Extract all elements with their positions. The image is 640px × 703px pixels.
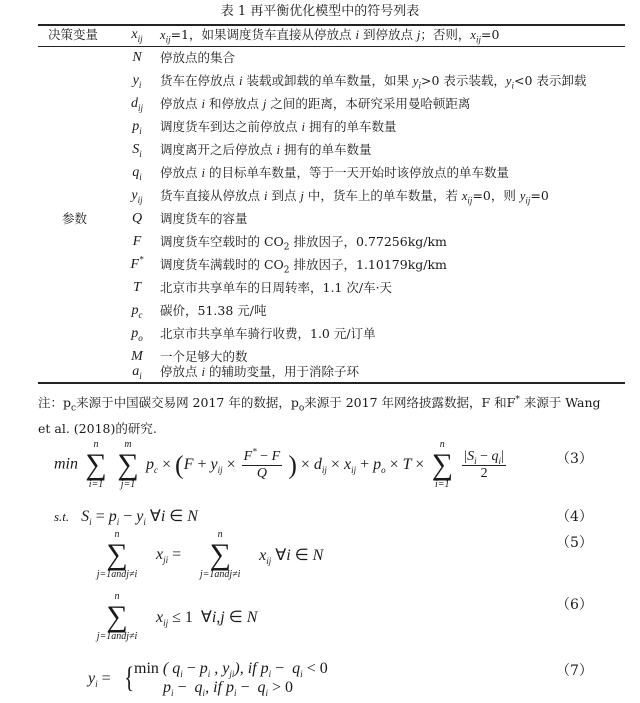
param-row-T: T 北京市共享单车的日周转率，1.1 次/车·天 <box>0 277 640 299</box>
param-row-Q: 参数 Q 调度货车的容量 <box>0 208 640 230</box>
symbol: N <box>124 47 150 69</box>
category-label: 决策变量 <box>48 24 118 46</box>
param-row-pc: pc 碳价，51.38 元/吨 <box>0 300 640 322</box>
equation-number-6: （6） <box>556 594 593 614</box>
symbol: pc <box>124 300 150 322</box>
symbol: yi <box>124 70 150 92</box>
equation-5: n∑j=1andj≠i xji = n∑j=1andj≠i xij ∀i ∈ N <box>82 530 323 580</box>
param-row-F: F 调度货车空载时的 CO2 排放因子，0.77256kg/km <box>0 231 640 253</box>
note-line-1: 注：pc来源于中国碳交易网 2017 年的数据，po来源于 2017 年网络披露… <box>38 390 628 416</box>
symbol: qi <box>124 162 150 184</box>
description: 调度货车空载时的 CO2 排放因子，0.77256kg/km <box>160 231 447 253</box>
description: 北京市共享单车的日周转率，1.1 次/车·天 <box>160 277 392 299</box>
equation-number-7: （7） <box>556 660 593 680</box>
symbol: Si <box>124 139 150 161</box>
symbol: T <box>124 277 150 299</box>
symbol: ai <box>124 361 150 383</box>
equation-number-4: （4） <box>556 506 593 526</box>
sum-symbol: n∑j=1andj≠i <box>82 530 152 580</box>
param-row-Si: Si 调度离开之后停放点 i 拥有的单车数量 <box>0 139 640 161</box>
param-row-pi: pi 调度货车到达之前停放点 i 拥有的单车数量 <box>0 116 640 138</box>
param-row-ai: ai 停放点 i 的辅助变量，用于消除子环 <box>0 361 640 383</box>
sum-symbol: n∑j=1andj≠i <box>185 530 255 580</box>
sum-symbol: n∑j=1andj≠i <box>82 592 152 642</box>
description: xij=1，如果调度货车直接从停放点 i 到停放点 j；否则，xij=0 <box>160 24 499 46</box>
symbol: pi <box>124 116 150 138</box>
description: 调度离开之后停放点 i 拥有的单车数量 <box>160 139 371 161</box>
param-row-qi: qi 停放点 i 的目标单车数量，等于一天开始时该停放点的单车数量 <box>0 162 640 184</box>
symbol: dij <box>124 93 150 115</box>
symbol: Q <box>124 208 150 230</box>
symbol: yij <box>124 185 150 207</box>
table-bottom-rule <box>38 382 625 384</box>
fraction: |Si − qi|2 <box>462 449 506 482</box>
symbol: F <box>124 231 150 253</box>
description: 北京市共享单车骑行收费，1.0 元/订单 <box>160 323 376 345</box>
sum-symbol: n∑i=1 <box>428 440 456 490</box>
decision-row: 决策变量 xij xij=1，如果调度货车直接从停放点 i 到停放点 j；否则，… <box>0 24 640 46</box>
description: 停放点的集合 <box>160 47 235 69</box>
table-note: 注：pc来源于中国碳交易网 2017 年的数据，po来源于 2017 年网络披露… <box>38 390 628 442</box>
equation-3: min n∑i=1 m∑j=1 pc × (F + yij × F* − FQ … <box>54 440 508 490</box>
description: 停放点 i 的目标单车数量，等于一天开始时该停放点的单车数量 <box>160 162 509 184</box>
category-label: 参数 <box>62 208 132 230</box>
param-row-yij: yij 货车直接从停放点 i 到点 j 中，货车上的单车数量，若 xij=0，则… <box>0 185 640 207</box>
param-row-Fstar: F* 调度货车满载时的 CO2 排放因子，1.10179kg/km <box>0 254 640 276</box>
param-row-yi: yi 货车在停放点 i 装载或卸载的单车数量，如果 yi>0 表示装载，yi<0… <box>0 70 640 92</box>
symbol: F* <box>124 254 150 276</box>
description: 停放点 i 的辅助变量，用于消除子环 <box>160 361 359 383</box>
fraction: F* − FQ <box>242 449 283 482</box>
param-row-N: N 停放点的集合 <box>0 47 640 69</box>
description: 货车直接从停放点 i 到点 j 中，货车上的单车数量，若 xij=0，则 yij… <box>160 185 549 207</box>
description: 货车在停放点 i 装载或卸载的单车数量，如果 yi>0 表示装载，yi<0 表示… <box>160 70 586 92</box>
param-row-dij: dij 停放点 i 和停放点 j 之间的距离，本研究采用曼哈顿距离 <box>0 93 640 115</box>
description: 调度货车满载时的 CO2 排放因子，1.10179kg/km <box>160 254 447 276</box>
equation-6: n∑j=1andj≠i xij ≤ 1 ∀i,j ∈ N <box>82 592 257 642</box>
symbol: po <box>124 323 150 345</box>
description: 停放点 i 和停放点 j 之间的距离，本研究采用曼哈顿距离 <box>160 93 470 115</box>
equation-4: s.t. Si = pi − yi ∀i ∈ N <box>54 506 198 526</box>
sum-symbol: m∑j=1 <box>114 440 142 490</box>
description: 调度货车到达之前停放点 i 拥有的单车数量 <box>160 116 396 138</box>
equation-number-5: （5） <box>556 532 593 552</box>
param-row-po: po 北京市共享单车骑行收费，1.0 元/订单 <box>0 323 640 345</box>
table-caption: 表 1 再平衡优化模型中的符号列表 <box>0 4 640 20</box>
symbol: xij <box>124 24 150 46</box>
description: 碳价，51.38 元/吨 <box>160 300 266 322</box>
equation-number-3: （3） <box>556 448 593 468</box>
description: 调度货车的容量 <box>160 208 248 230</box>
sum-symbol: n∑i=1 <box>82 440 110 490</box>
